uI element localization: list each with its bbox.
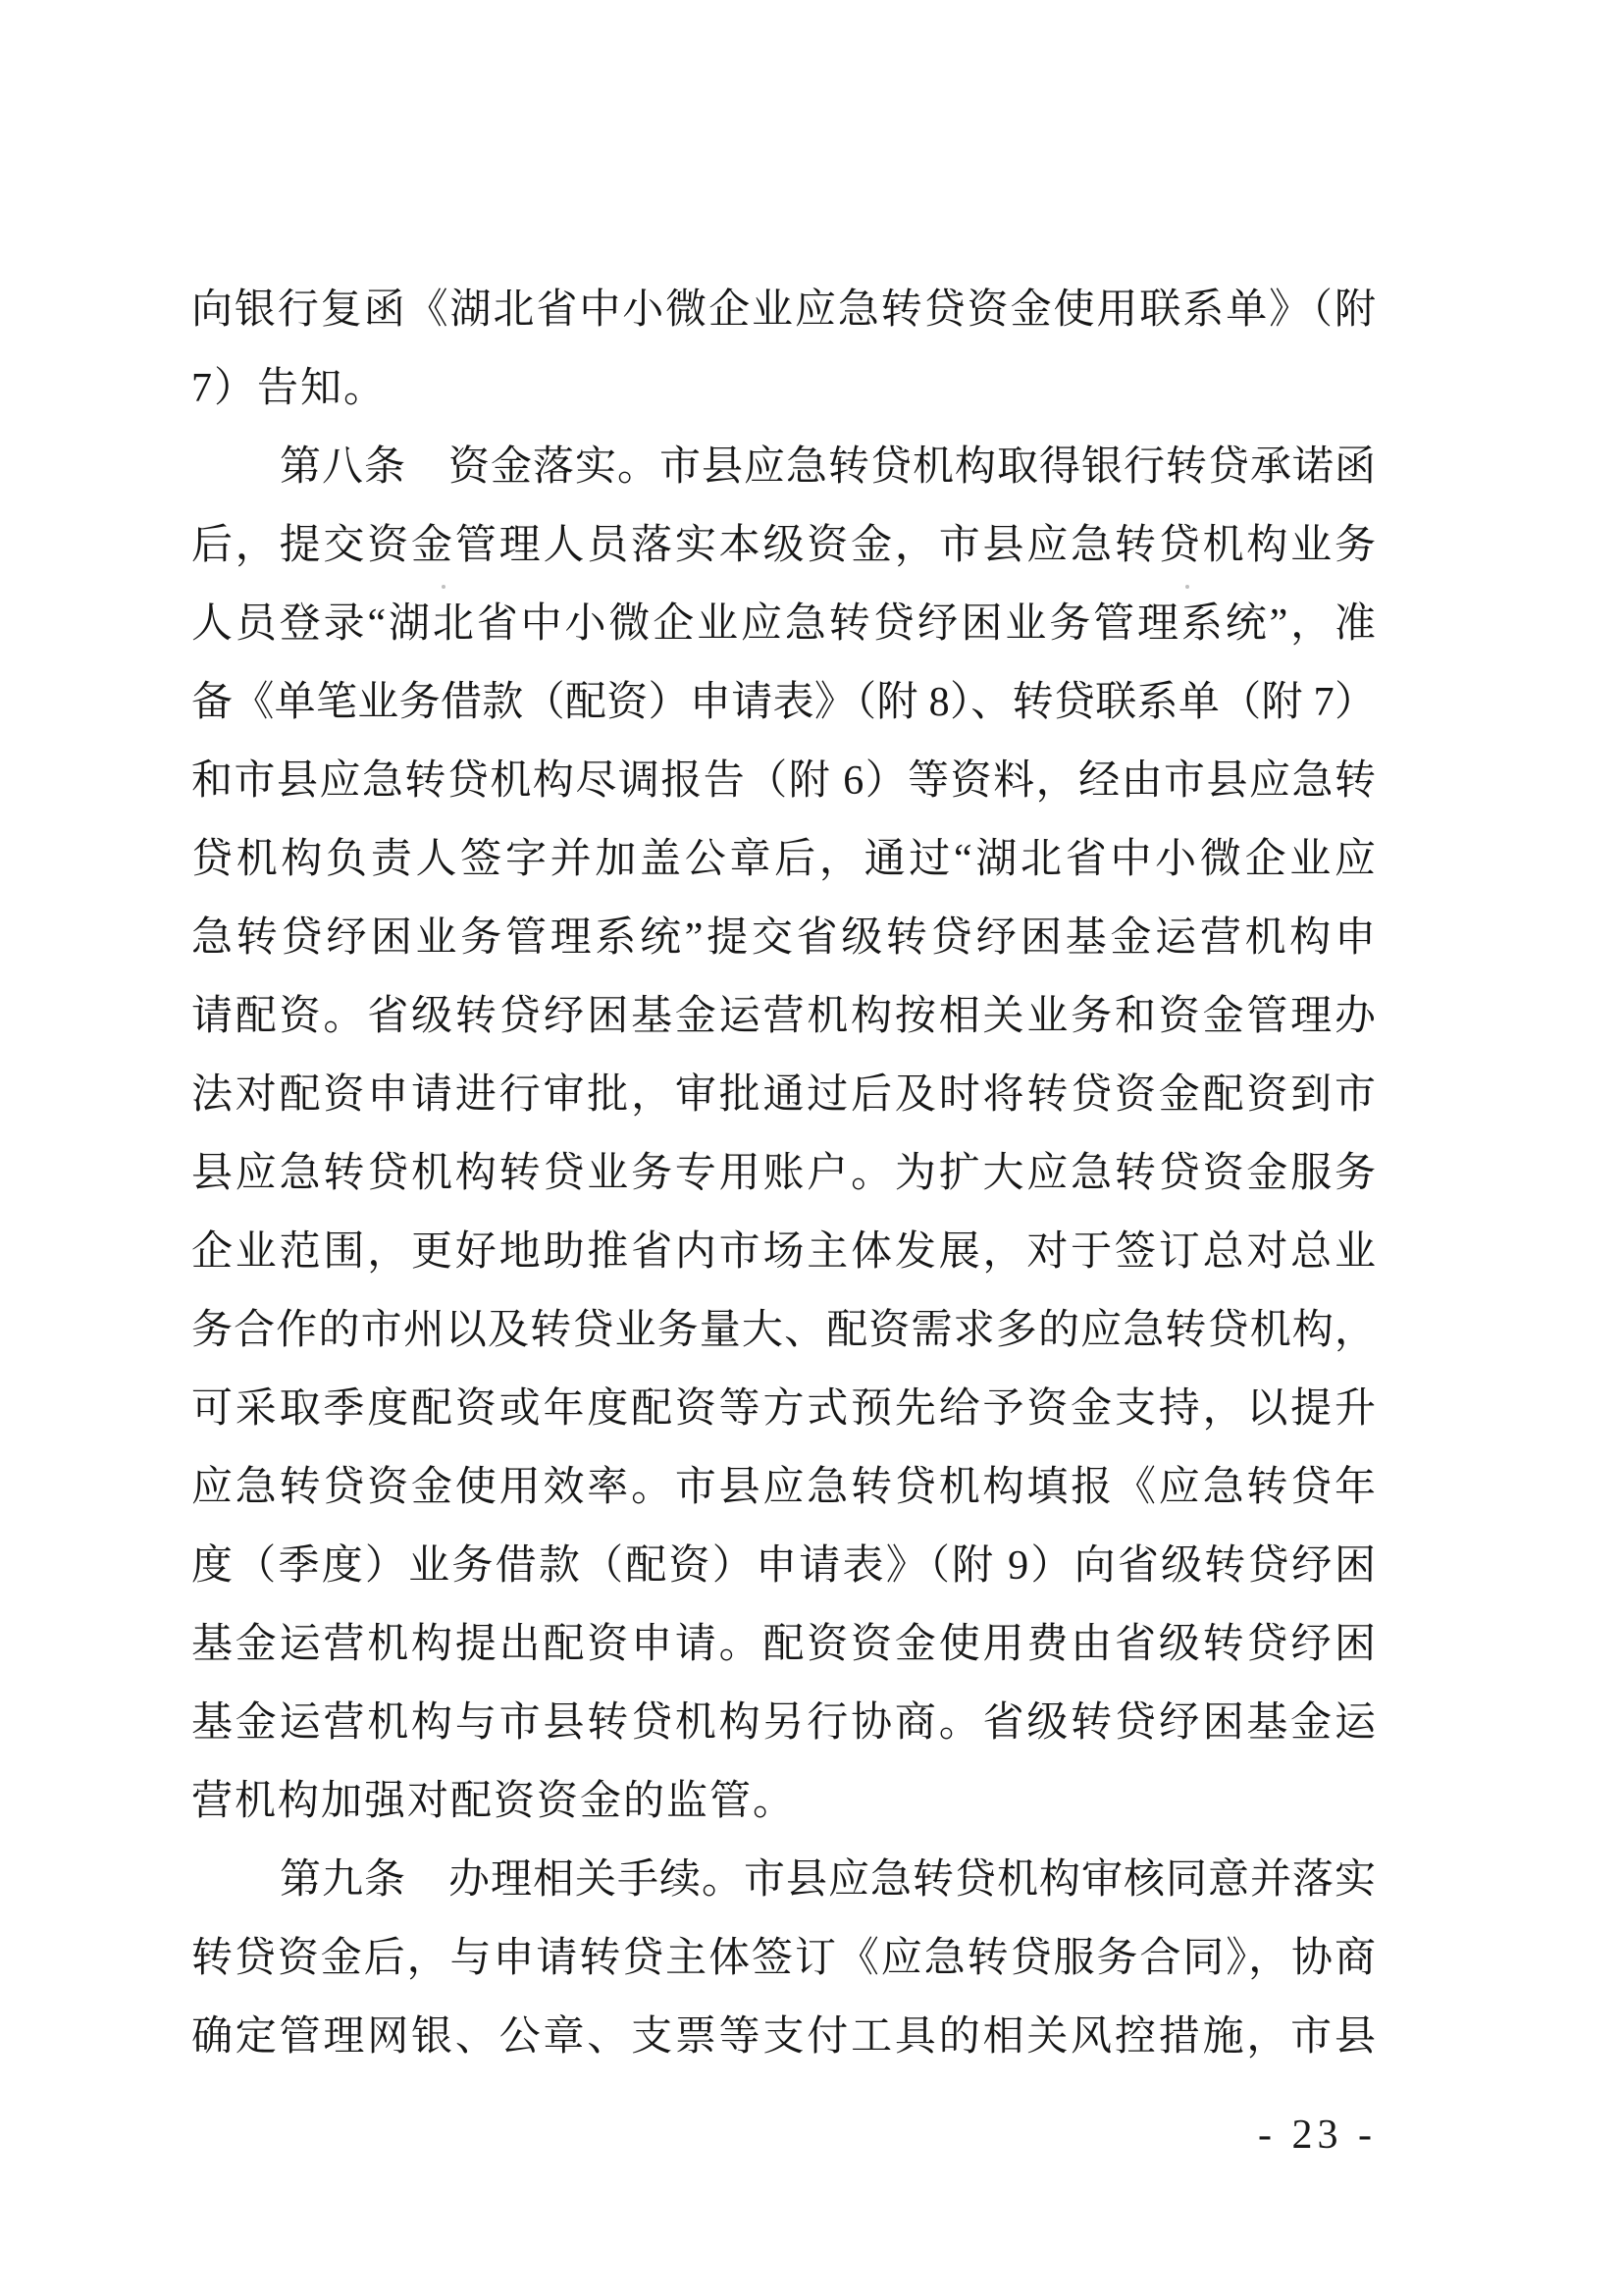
text-line: 企业范围，更好地助推省内市场主体发展，对于签订总对总业 <box>191 1213 1376 1291</box>
text-line: 基金运营机构与市县转贷机构另行协商。省级转贷纾困基金运 <box>191 1684 1376 1762</box>
text-line: 确定管理网银、公章、支票等支付工具的相关风控措施，市县 <box>191 1998 1376 2076</box>
body-text: 向银行复函《湖北省中小微企业应急转贷资金使用联系单》（附7）告知。第八条 资金落… <box>191 271 1376 2076</box>
document-page: 向银行复函《湖北省中小微企业应急转贷资金使用联系单》（附7）告知。第八条 资金落… <box>0 0 1623 2296</box>
text-line: 贷机构负责人签字并加盖公章后，通过“湖北省中小微企业应 <box>191 820 1376 899</box>
text-line: 7）告知。 <box>191 349 1376 428</box>
text-line: 务合作的市州以及转贷业务量大、配资需求多的应急转贷机构， <box>191 1291 1376 1370</box>
text-line: 可采取季度配资或年度配资等方式预先给予资金支持，以提升 <box>191 1370 1376 1448</box>
text-line: 营机构加强对配资资金的监管。 <box>191 1762 1376 1841</box>
text-line: 和市县应急转贷机构尽调报告（附 6）等资料，经由市县应急转 <box>191 742 1376 820</box>
text-line: 后，提交资金管理人员落实本级资金，市县应急转贷机构业务 <box>191 506 1376 585</box>
page-number: - 23 - <box>1258 2106 1377 2165</box>
text-line: 基金运营机构提出配资申请。配资资金使用费由省级转贷纾困 <box>191 1605 1376 1684</box>
text-line: 备《单笔业务借款（配资）申请表》（附 8）、转贷联系单（附 7） <box>191 663 1376 742</box>
text-line: 第九条 办理相关手续。市县应急转贷机构审核同意并落实 <box>191 1841 1376 1919</box>
text-line: 人员登录“湖北省中小微企业应急转贷纾困业务管理系统”，准 <box>191 585 1376 663</box>
text-line: 第八条 资金落实。市县应急转贷机构取得银行转贷承诺函 <box>191 428 1376 506</box>
text-line: 向银行复函《湖北省中小微企业应急转贷资金使用联系单》（附 <box>191 271 1376 349</box>
scan-speck <box>1185 585 1189 589</box>
text-line: 应急转贷资金使用效率。市县应急转贷机构填报《应急转贷年 <box>191 1448 1376 1527</box>
text-line: 法对配资申请进行审批，审批通过后及时将转贷资金配资到市 <box>191 1056 1376 1134</box>
scan-speck <box>442 585 445 589</box>
text-line: 县应急转贷机构转贷业务专用账户。为扩大应急转贷资金服务 <box>191 1134 1376 1213</box>
text-line: 转贷资金后，与申请转贷主体签订《应急转贷服务合同》，协商 <box>191 1919 1376 1998</box>
text-line: 急转贷纾困业务管理系统”提交省级转贷纾困基金运营机构申 <box>191 899 1376 977</box>
text-line: 度（季度）业务借款（配资）申请表》（附 9）向省级转贷纾困 <box>191 1527 1376 1605</box>
text-line: 请配资。省级转贷纾困基金运营机构按相关业务和资金管理办 <box>191 977 1376 1056</box>
